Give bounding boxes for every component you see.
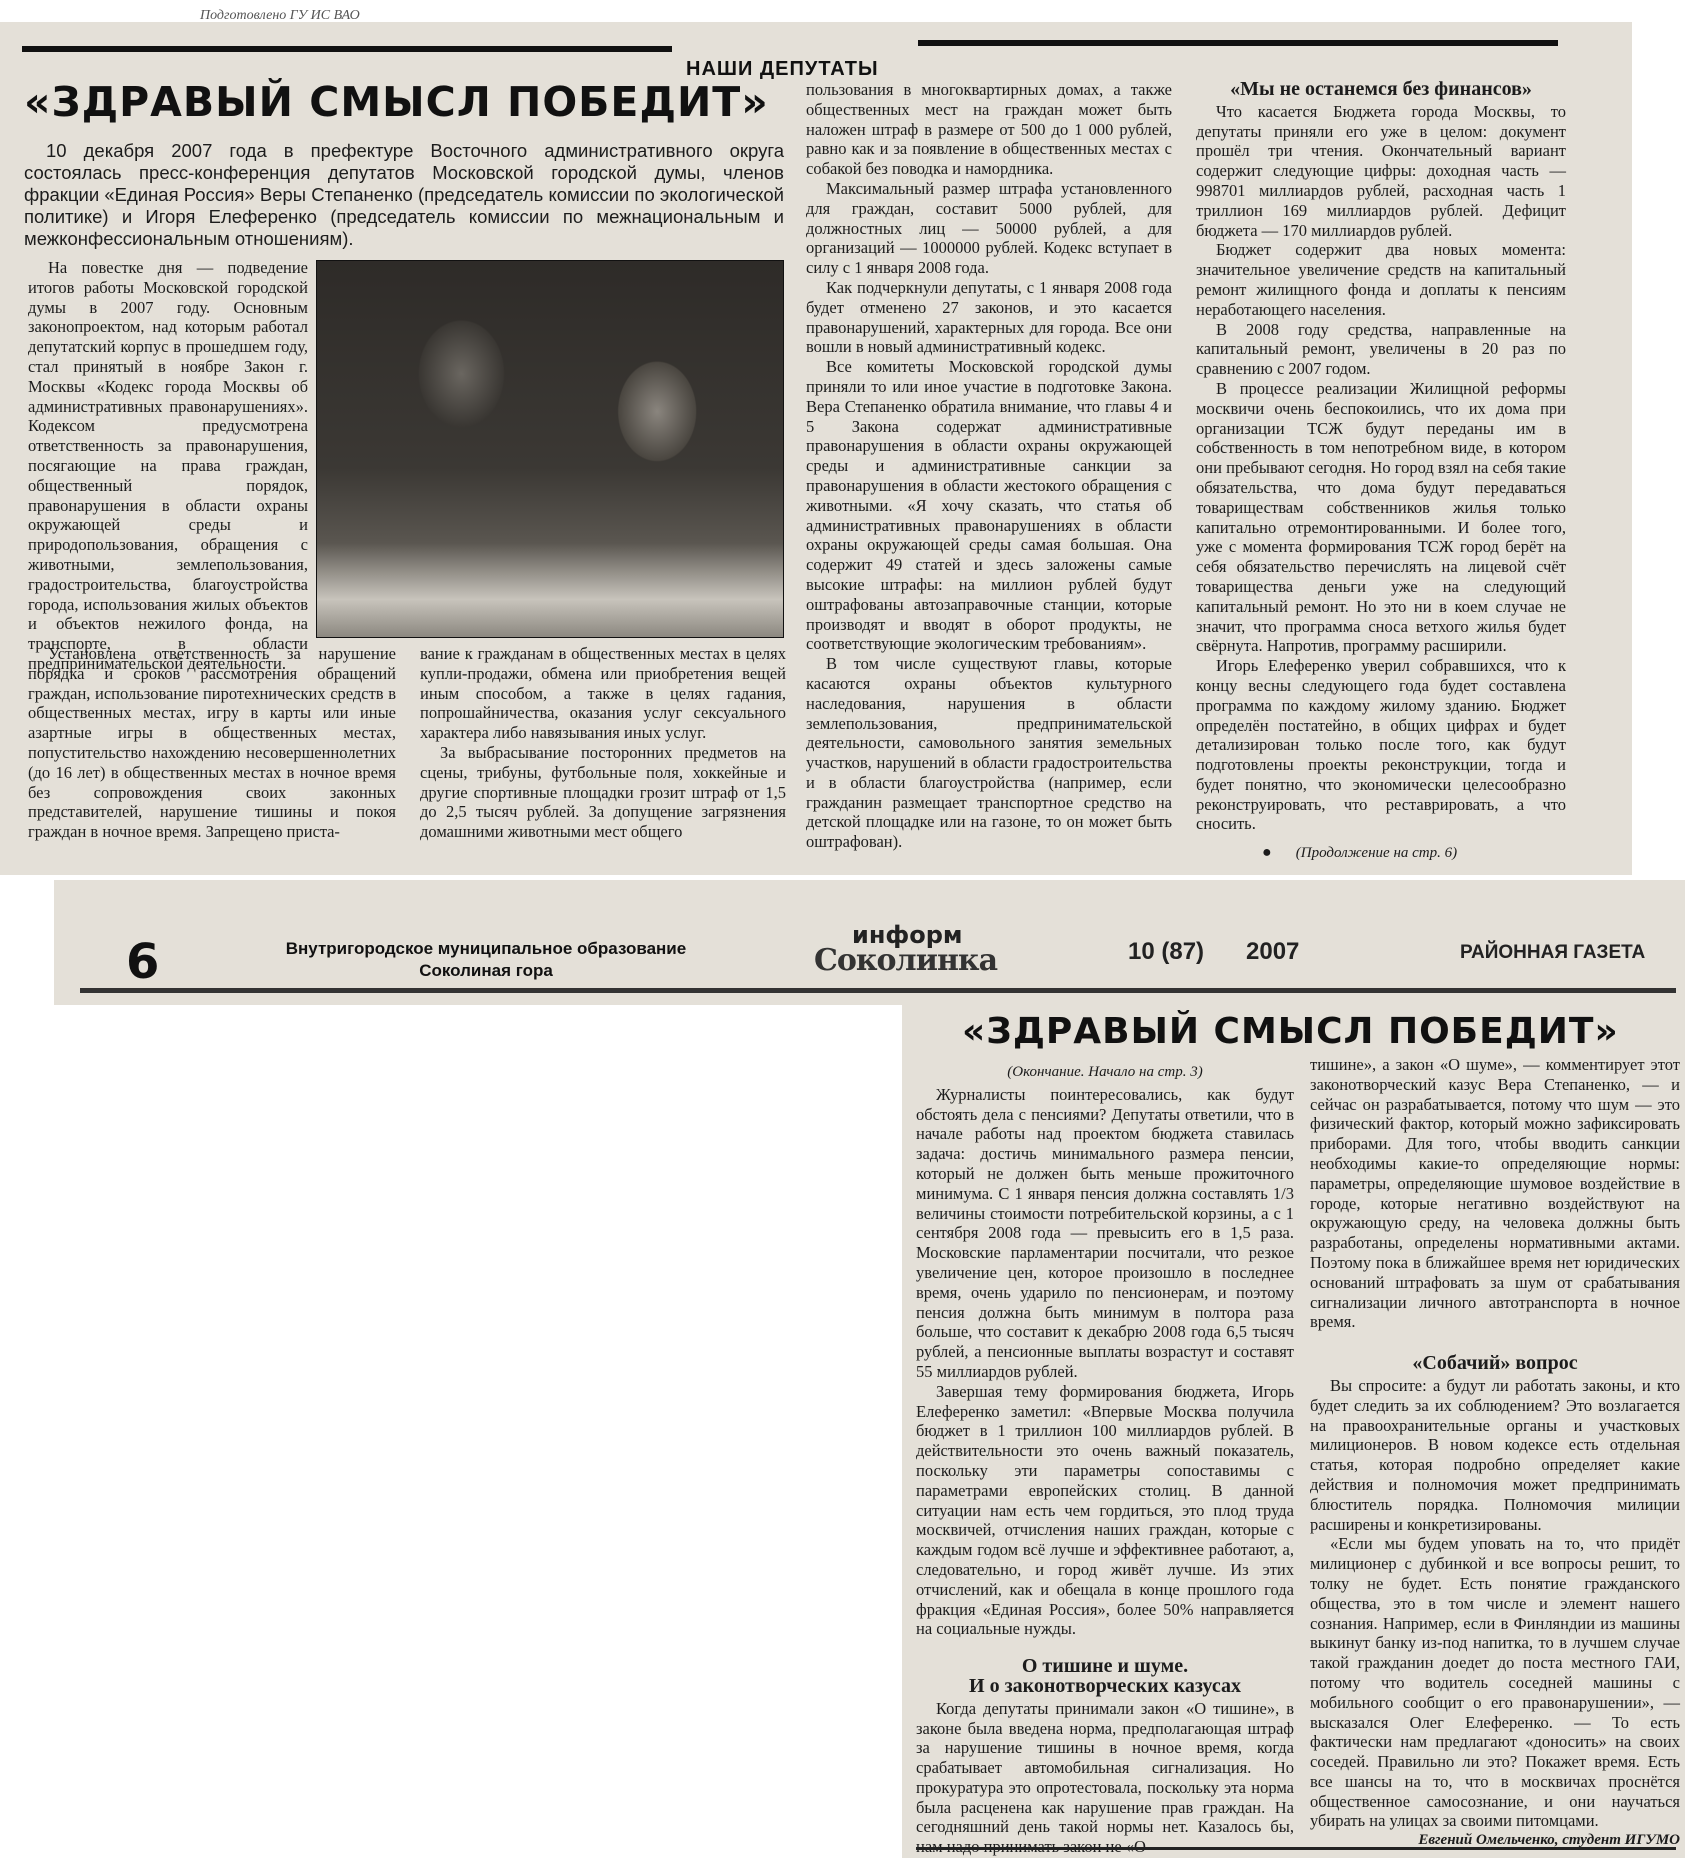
paragraph: Завершая тему формирования бюджета, Игор… — [916, 1382, 1294, 1639]
issue-year: 2007 — [1246, 938, 1299, 966]
article-column-4: «Мы не останемся без финансов» Что касае… — [1196, 76, 1566, 864]
municipality-line-2: Соколиная гора — [246, 960, 726, 982]
rubric-rule-left — [22, 46, 672, 52]
logo-bottom-word: Соколинка — [814, 946, 997, 976]
municipality-label: Внутригородское муниципальное образовани… — [246, 938, 726, 982]
paragraph: Вы спросите: а будут ли работать законы,… — [1310, 1376, 1680, 1534]
paragraph: Игорь Елеференко уверил собравшихся, что… — [1196, 656, 1566, 834]
bottom-clipping: «ЗДРАВЫЙ СМЫСЛ ПОБЕДИТ» (Окончание. Нача… — [902, 1005, 1685, 1858]
paragraph: пользования в многоквартирных домах, а т… — [806, 80, 1172, 179]
paragraph: Когда депутаты принимали закон «О тишине… — [916, 1699, 1294, 1857]
paragraph: Как подчеркнули депутаты, с 1 января 200… — [806, 278, 1172, 357]
municipality-line-1: Внутригородское муниципальное образовани… — [246, 938, 726, 960]
article-column-1: На повестке дня — подведение итогов рабо… — [28, 258, 308, 674]
section-heading-finance: «Мы не останемся без финансов» — [1196, 80, 1566, 100]
photo-caption-hidden: Фото: Игорь Елеференко и Вера Степаненко… — [317, 261, 318, 262]
paragraph: тишине», а закон «О шуме», — комментируе… — [1310, 1055, 1680, 1332]
paragraph: вание к гражданам в общественных местах … — [420, 644, 786, 743]
masthead: 6 Внутригородское муниципальное образова… — [54, 880, 1685, 1005]
paragraph: В том числе существуют главы, которые ка… — [806, 654, 1172, 852]
paragraph: На повестке дня — подведение итогов рабо… — [28, 258, 308, 674]
paragraph: За выбрасывание посторонних предметов на… — [420, 743, 786, 842]
continued-title: «ЗДРАВЫЙ СМЫСЛ ПОБЕДИТ» — [962, 1011, 1619, 1052]
newspaper-logo: информ Соколинка — [814, 924, 997, 976]
paragraph: «Если мы будем уповать на то, что придёт… — [1310, 1534, 1680, 1831]
article-column-2: вание к гражданам в общественных местах … — [420, 644, 786, 842]
continued-link[interactable]: (Продолжение на стр. 6) — [1296, 845, 1457, 861]
top-clipping: Подготовлено ГУ ИС ВАО НАШИ ДЕПУТАТЫ «ЗД… — [0, 22, 1632, 875]
page-title: «ЗДРАВЫЙ СМЫСЛ ПОБЕДИТ» — [24, 78, 769, 126]
press-conference-photo: Фото: Игорь Елеференко и Вера Степаненко… — [316, 260, 784, 638]
article-column-3: пользования в многоквартирных домах, а т… — [806, 80, 1172, 852]
article-lead: 10 декабря 2007 года в префектуре Восточ… — [24, 140, 784, 250]
paragraph: Что касается Бюджета города Москвы, то д… — [1196, 102, 1566, 241]
masthead-rule — [80, 988, 1676, 993]
bullet-icon: ● — [1262, 844, 1272, 861]
continuation-note: (Окончание. Начало на стр. 3) — [916, 1063, 1294, 1083]
paragraph: Установлена ответственность за нарушение… — [28, 644, 396, 842]
paragraph: Бюджет содержит два новых момента: значи… — [1196, 240, 1566, 319]
section-heading-dog: «Собачий» вопрос — [1310, 1354, 1680, 1374]
paper-type-label: РАЙОННАЯ ГАЗЕТА — [1460, 942, 1645, 964]
paragraph: Максимальный размер штрафа установленног… — [806, 179, 1172, 278]
article-column-1-lower: Установлена ответственность за нарушение… — [28, 644, 396, 842]
bottom-rule — [916, 1847, 1676, 1850]
issue-number: 10 (87) — [1128, 938, 1204, 966]
section-heading-silence: О тишине и шуме. — [916, 1657, 1294, 1677]
credit-line: Подготовлено ГУ ИС ВАО — [200, 8, 360, 24]
paragraph: Журналисты поинтересовались, как будут о… — [916, 1085, 1294, 1382]
section-heading-silence-sub: И о законотворческих казусах — [916, 1677, 1294, 1697]
paragraph: В процессе реализации Жилищной реформы м… — [1196, 379, 1566, 656]
continued-note: ● (Продолжение на стр. 6) — [1196, 842, 1566, 864]
page-number: 6 — [126, 934, 159, 990]
bottom-column-left: (Окончание. Начало на стр. 3) Журналисты… — [916, 1063, 1294, 1857]
bottom-column-right: тишине», а закон «О шуме», — комментируе… — [1310, 1055, 1680, 1851]
paragraph: Все комитеты Московской городской думы п… — [806, 357, 1172, 654]
paragraph: В 2008 году средства, направленные на ка… — [1196, 320, 1566, 379]
rubric-rule-right — [918, 40, 1558, 46]
